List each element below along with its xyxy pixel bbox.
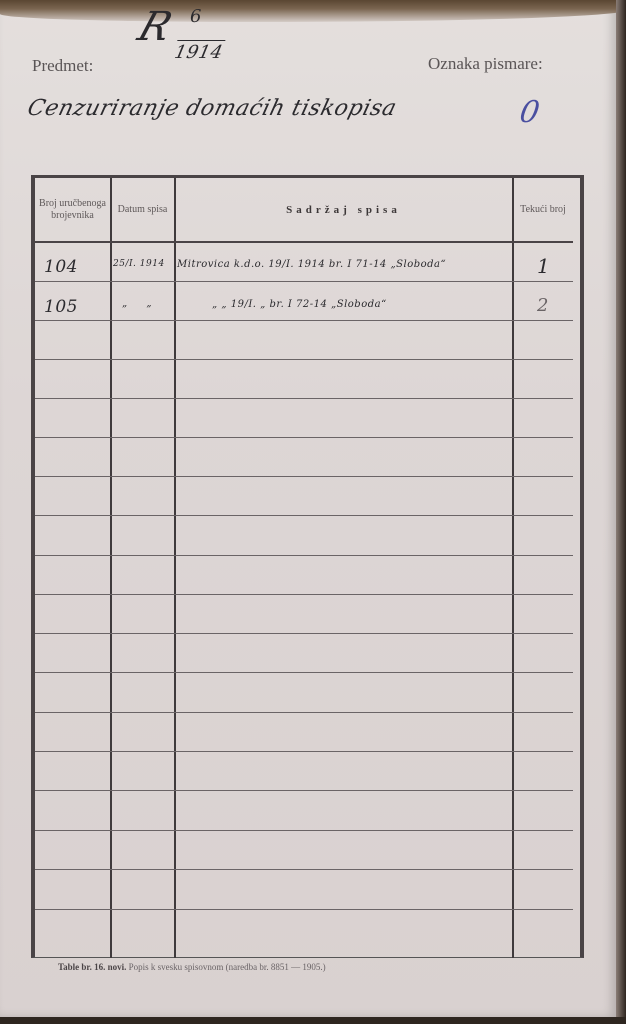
row-line bbox=[35, 672, 573, 673]
row-2-broj: 105 bbox=[44, 297, 78, 317]
row-2-sadrzaj: „ „ 19/I. „ br. I 72-14 „Sloboda“ bbox=[212, 299, 387, 310]
column-header-broj: Broj uručbenoga brojevnika bbox=[35, 178, 110, 241]
row-1-tekuci: 1 bbox=[537, 254, 550, 278]
row-line bbox=[35, 515, 573, 516]
row-line bbox=[35, 476, 573, 477]
bottom-edge-shadow bbox=[0, 1017, 626, 1024]
form-id: Table br. 16. novi. bbox=[58, 962, 126, 972]
column-divider bbox=[110, 178, 112, 958]
row-line bbox=[35, 320, 573, 321]
row-1-datum: 25/I. 1914 bbox=[113, 259, 165, 269]
row-line bbox=[35, 281, 573, 282]
row-line bbox=[35, 398, 573, 399]
row-line bbox=[35, 751, 573, 752]
row-1-broj: 104 bbox=[44, 257, 78, 277]
column-header-tekuci: Tekući broj bbox=[513, 178, 573, 241]
reference-number: 6 bbox=[190, 6, 202, 27]
right-edge-shadow bbox=[616, 0, 626, 1024]
header-divider bbox=[35, 241, 573, 243]
row-line bbox=[35, 555, 573, 556]
row-2-datum: „ „ bbox=[122, 298, 160, 309]
register-table bbox=[31, 175, 584, 958]
column-header-sadrzaj: Sadržaj spisa bbox=[175, 178, 512, 241]
subject-text: Cenzuriranje domaćih tiskopisa bbox=[25, 96, 399, 121]
row-line bbox=[35, 830, 573, 831]
row-line bbox=[35, 437, 573, 438]
column-divider bbox=[512, 178, 514, 958]
row-line bbox=[35, 633, 573, 634]
row-line bbox=[35, 909, 573, 910]
row-line bbox=[35, 594, 573, 595]
predmet-label: Predmet: bbox=[32, 56, 93, 76]
row-1-sadrzaj: Mitrovica k.d.o. 19/I. 1914 br. I 71-14 … bbox=[177, 259, 446, 270]
row-line bbox=[35, 790, 573, 791]
row-line bbox=[35, 359, 573, 360]
column-header-datum: Datum spisa bbox=[111, 178, 174, 241]
column-divider bbox=[174, 178, 176, 958]
row-line bbox=[35, 869, 573, 870]
form-footer: Table br. 16. novi. Popis k svesku spiso… bbox=[58, 962, 326, 972]
form-description: Popis k svesku spisovnom (naredba br. 88… bbox=[129, 962, 326, 972]
reference-year: 1914 bbox=[173, 40, 226, 63]
row-2-tekuci: 2 bbox=[537, 295, 549, 316]
row-line bbox=[35, 712, 573, 713]
oznaka-label: Oznaka pismare: bbox=[428, 54, 543, 74]
